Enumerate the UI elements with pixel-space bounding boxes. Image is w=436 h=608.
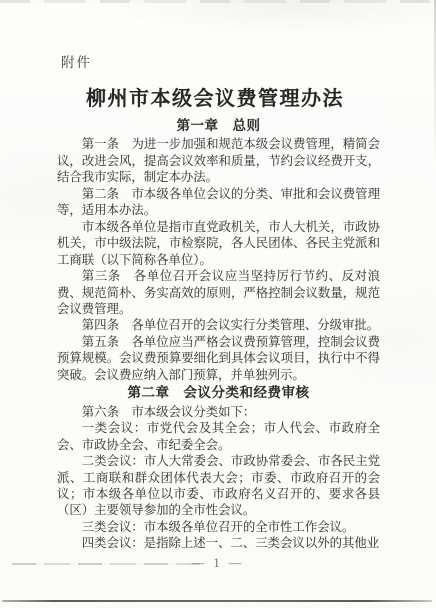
document-title: 柳州市本级会议费管理办法 [0,82,430,111]
category-1-meetings-paragraph: 一类会议：市党代会及其全会；市人代会、市政府全会、市政协全会、市纪委全会。 [57,420,380,453]
category-2-meetings-paragraph: 二类会议：市人大常委会、市政协常委会、市各民主党派、工商联和群众团体代表大会；市… [57,453,380,519]
attachment-label: 附件 [61,51,92,71]
category-3-meetings-paragraph: 三类会议：市本级各单位召开的全市性工作会议。 [57,519,380,535]
article-5-paragraph: 第五条 各单位应当严格会议费预算管理，控制会议费预算规模。会议费预算要细化到具体… [57,334,380,383]
chapter-2-heading: 第二章 会议分类和经费审核 [57,385,380,401]
scan-artifact-top-edge [0,0,436,3]
document-body: 第一章 总则 第一条 为进一步加强和规范本级会议费管理，精简会议，改进会风，提高… [57,116,380,552]
article-3-paragraph: 第三条 各单位召开会议应当坚持厉行节约、反对浪费、规范简朴、务实高效的原则，严格… [57,268,380,317]
page-number: — 1 — [0,556,436,571]
article-1-paragraph: 第一条 为进一步加强和规范本级会议费管理，精简会议，改进会风，提高会议效率和质量… [57,136,380,185]
scanned-document-page: 附件 柳州市本级会议费管理办法 第一章 总则 第一条 为进一步加强和规范本级会议… [0,0,436,608]
article-2-paragraph: 第二条 市本级各单位会议的分类、审批和会议费管理等，适用本办法。 [57,186,380,219]
article-6-paragraph: 第六条 市本级会议分类如下： [57,404,380,420]
article-4-paragraph: 第四条 各单位召开的会议实行分类管理、分级审批。 [57,317,380,333]
scan-artifact-bottom-line [2,600,432,602]
article-2-definition-paragraph: 市本级各单位是指市直党政机关，市人大机关，市政协机关，市中级法院，市检察院，各人… [57,219,380,268]
chapter-1-heading: 第一章 总则 [57,118,380,134]
category-4-meetings-paragraph: 四类会议：是指除上述一、二、三类会议以外的其他业 [57,535,380,551]
